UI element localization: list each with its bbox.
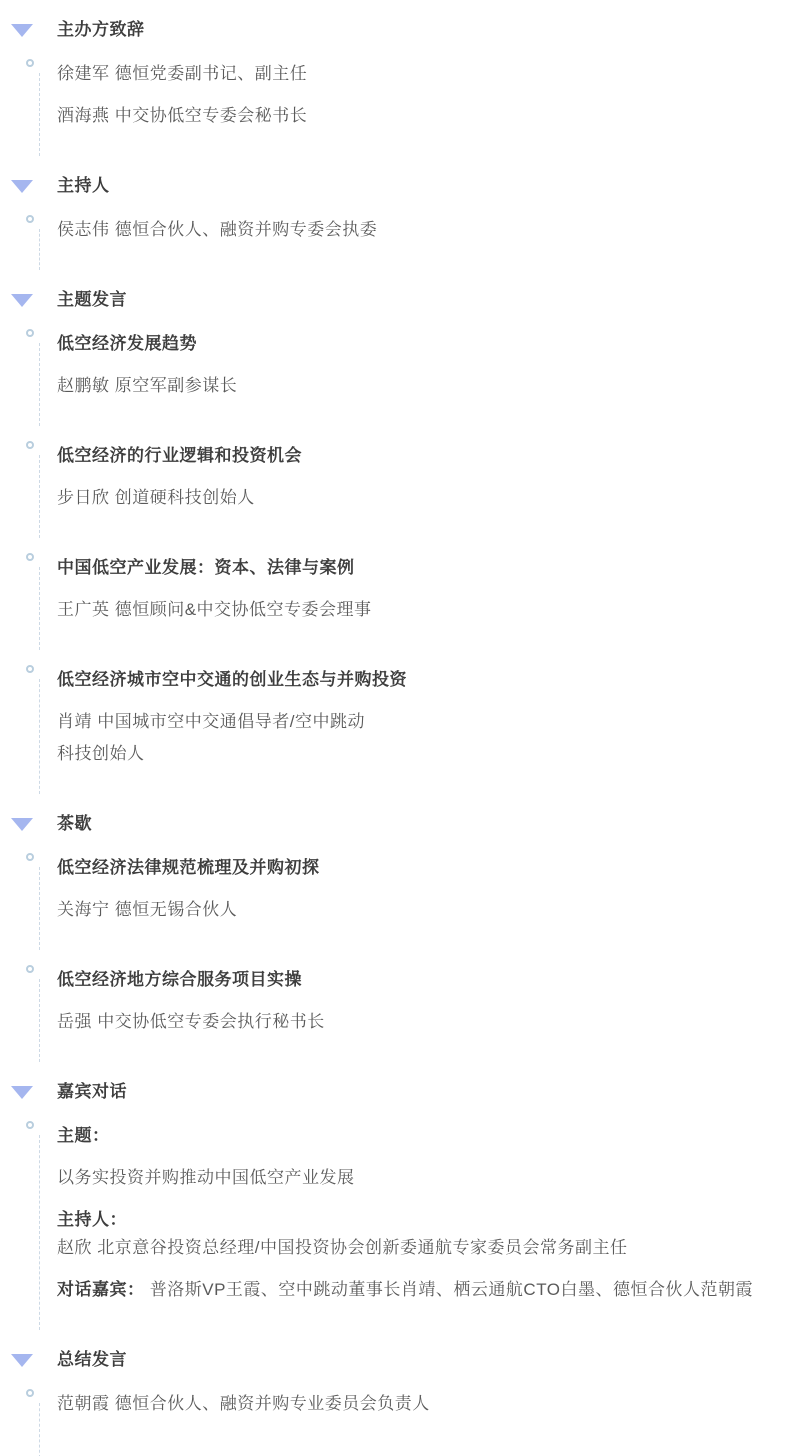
speaker-line: 徐建军 德恒党委副书记、副主任 <box>57 62 779 86</box>
timeline-dashed-line <box>39 1135 40 1330</box>
section-title: 茶歇 <box>57 814 92 833</box>
dialog-guests-line: 对话嘉宾： 普洛斯VP王霞、空中跳动董事长肖靖、栖云通航CTO白墨、德恒合伙人范… <box>57 1278 779 1302</box>
agenda-timeline: 主办方致辞 徐建军 德恒党委副书记、副主任 酒海燕 中交协低空专委会秘书长 主持… <box>0 18 779 1416</box>
speaker-line: 王广英 德恒顾问&中交协低空专委会理事 <box>57 598 779 622</box>
speaker-line: 肖靖 中国城市空中交通倡导者/空中跳动 <box>57 710 779 734</box>
moderator-text: 赵欣 北京意谷投资总经理/中国投资协会创新委通航专家委员会常务副主任 <box>57 1236 779 1260</box>
talk-title: 低空经济发展趋势 <box>57 332 779 356</box>
speaker-line: 赵鹏敏 原空军副参谋长 <box>57 374 779 398</box>
agenda-item: 中国低空产业发展：资本、法律与案例 王广英 德恒顾问&中交协低空专委会理事 <box>0 556 779 622</box>
agenda-item: 范朝霞 德恒合伙人、融资并购专业委员会负责人 <box>0 1392 779 1416</box>
agenda-item: 低空经济法律规范梳理及并购初探 关海宁 德恒无锡合伙人 <box>0 856 779 922</box>
speaker-line: 岳强 中交协低空专委会执行秘书长 <box>57 1010 779 1034</box>
agenda-section-tea-break: 茶歇 低空经济法律规范梳理及并购初探 关海宁 德恒无锡合伙人 低空经济地方综合服… <box>0 812 779 1034</box>
section-header: 茶歇 <box>0 812 779 836</box>
talk-title: 中国低空产业发展：资本、法律与案例 <box>57 556 779 580</box>
timeline-dashed-line <box>39 73 40 156</box>
item-bullet-icon <box>26 1121 34 1129</box>
talk-title: 低空经济的行业逻辑和投资机会 <box>57 444 779 468</box>
timeline-dashed-line <box>39 455 40 538</box>
section-title: 主持人 <box>57 176 110 195</box>
agenda-section-keynotes: 主题发言 低空经济发展趋势 赵鹏敏 原空军副参谋长 低空经济的行业逻辑和投资机会… <box>0 288 779 766</box>
agenda-item: 低空经济发展趋势 赵鹏敏 原空军副参谋长 <box>0 332 779 398</box>
agenda-item: 主题： 以务实投资并购推动中国低空产业发展 主持人： 赵欣 北京意谷投资总经理/… <box>0 1124 779 1302</box>
item-bullet-icon <box>26 965 34 973</box>
guests-label: 对话嘉宾： <box>57 1280 145 1299</box>
agenda-section-panel-dialog: 嘉宾对话 主题： 以务实投资并购推动中国低空产业发展 主持人： 赵欣 北京意谷投… <box>0 1080 779 1302</box>
item-bullet-icon <box>26 1389 34 1397</box>
timeline-dashed-line <box>39 1403 40 1456</box>
timeline-dashed-line <box>39 979 40 1062</box>
speaker-line-continuation: 科技创始人 <box>57 742 779 766</box>
agenda-item: 徐建军 德恒党委副书记、副主任 酒海燕 中交协低空专委会秘书长 <box>0 62 779 128</box>
item-bullet-icon <box>26 59 34 67</box>
agenda-item: 低空经济城市空中交通的创业生态与并购投资 肖靖 中国城市空中交通倡导者/空中跳动… <box>0 668 779 766</box>
section-header: 主办方致辞 <box>0 18 779 42</box>
section-title: 主题发言 <box>57 290 127 309</box>
section-title: 主办方致辞 <box>57 20 145 39</box>
talk-title: 低空经济城市空中交通的创业生态与并购投资 <box>57 668 779 692</box>
section-header: 嘉宾对话 <box>0 1080 779 1104</box>
section-header: 主持人 <box>0 174 779 198</box>
section-header: 总结发言 <box>0 1348 779 1372</box>
speaker-line: 关海宁 德恒无锡合伙人 <box>57 898 779 922</box>
item-bullet-icon <box>26 329 34 337</box>
timeline-dashed-line <box>39 867 40 950</box>
topic-label: 主题： <box>57 1124 779 1148</box>
moderator-label: 主持人： <box>57 1208 779 1232</box>
agenda-section-closing-remarks: 总结发言 范朝霞 德恒合伙人、融资并购专业委员会负责人 <box>0 1348 779 1416</box>
talk-title: 低空经济法律规范梳理及并购初探 <box>57 856 779 880</box>
collapse-triangle-icon[interactable] <box>11 24 33 37</box>
timeline-dashed-line <box>39 567 40 650</box>
section-title: 总结发言 <box>57 1350 127 1369</box>
item-bullet-icon <box>26 553 34 561</box>
timeline-dashed-line <box>39 229 40 270</box>
item-bullet-icon <box>26 215 34 223</box>
timeline-dashed-line <box>39 679 40 794</box>
agenda-section-opening-remarks: 主办方致辞 徐建军 德恒党委副书记、副主任 酒海燕 中交协低空专委会秘书长 <box>0 18 779 128</box>
talk-title: 低空经济地方综合服务项目实操 <box>57 968 779 992</box>
collapse-triangle-icon[interactable] <box>11 1086 33 1099</box>
collapse-triangle-icon[interactable] <box>11 294 33 307</box>
speaker-line: 侯志伟 德恒合伙人、融资并购专委会执委 <box>57 218 779 242</box>
speaker-line: 步日欣 创道硬科技创始人 <box>57 486 779 510</box>
agenda-item: 低空经济地方综合服务项目实操 岳强 中交协低空专委会执行秘书长 <box>0 968 779 1034</box>
item-bullet-icon <box>26 665 34 673</box>
collapse-triangle-icon[interactable] <box>11 180 33 193</box>
agenda-section-host: 主持人 侯志伟 德恒合伙人、融资并购专委会执委 <box>0 174 779 242</box>
guests-text: 普洛斯VP王霞、空中跳动董事长肖靖、栖云通航CTO白墨、德恒合伙人范朝霞 <box>150 1280 753 1299</box>
timeline-dashed-line <box>39 343 40 426</box>
item-bullet-icon <box>26 441 34 449</box>
collapse-triangle-icon[interactable] <box>11 1354 33 1367</box>
topic-text: 以务实投资并购推动中国低空产业发展 <box>57 1166 779 1190</box>
agenda-item: 低空经济的行业逻辑和投资机会 步日欣 创道硬科技创始人 <box>0 444 779 510</box>
speaker-line: 范朝霞 德恒合伙人、融资并购专业委员会负责人 <box>57 1392 779 1416</box>
section-header: 主题发言 <box>0 288 779 312</box>
speaker-line: 酒海燕 中交协低空专委会秘书长 <box>57 104 779 128</box>
agenda-item: 侯志伟 德恒合伙人、融资并购专委会执委 <box>0 218 779 242</box>
collapse-triangle-icon[interactable] <box>11 818 33 831</box>
item-bullet-icon <box>26 853 34 861</box>
section-title: 嘉宾对话 <box>57 1082 127 1101</box>
